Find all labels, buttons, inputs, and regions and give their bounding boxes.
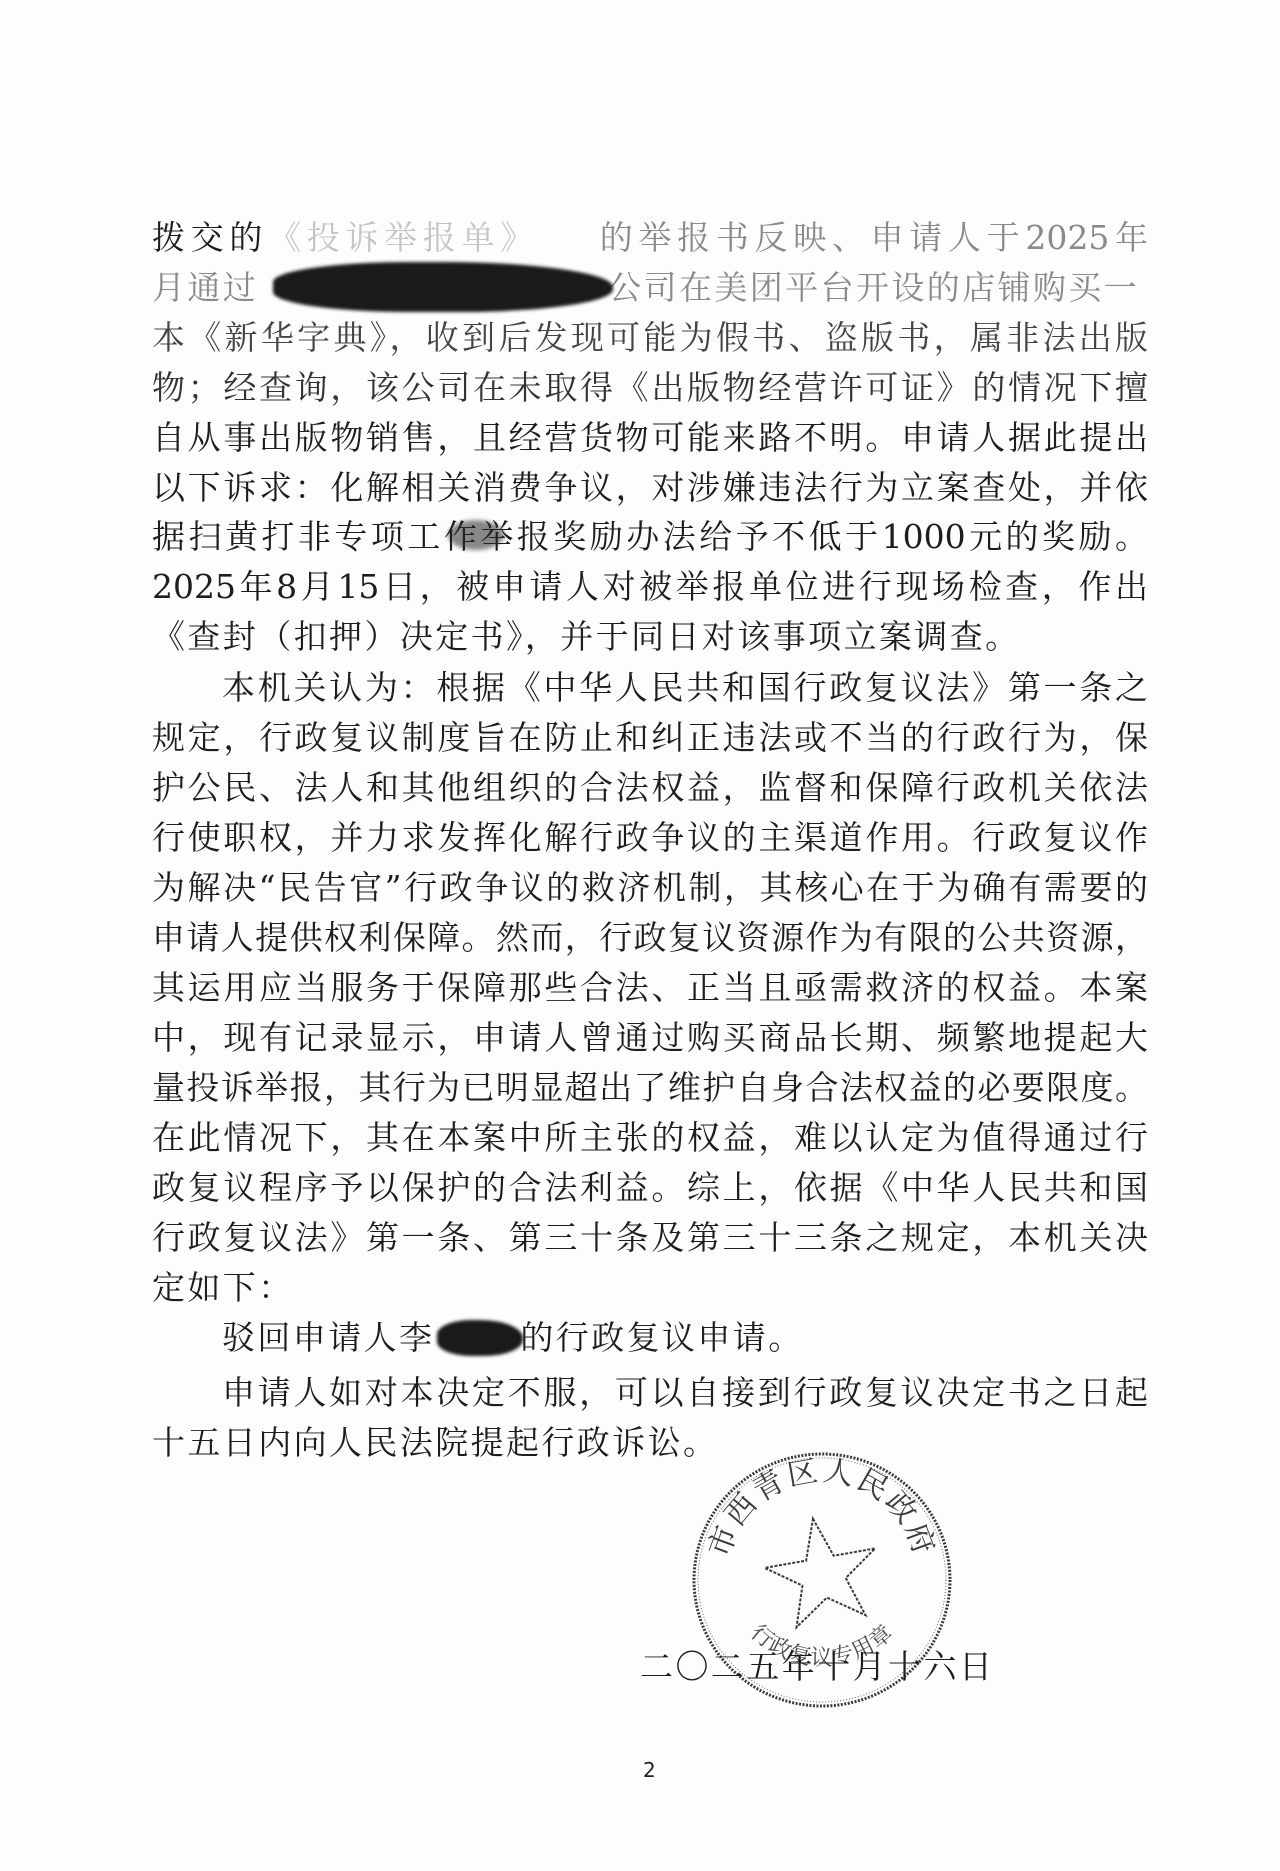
svg-text:市西青区人民政府: 市西青区人民政府 xyxy=(702,1453,942,1561)
body-line-19: 在此情况下，其在本案中所主张的权益，难以认定为值得通过行 xyxy=(152,1116,1148,1160)
body-line-17: 中，现有记录显示，申请人曾通过购买商品长期、频繁地提起大 xyxy=(152,1016,1148,1060)
body-line-8: 2025年8月15日，被申请人对被举报单位进行现场检查，作出 xyxy=(152,565,1148,609)
body-line-21: 行政复议法》第一条、第三十条及第三十三条之规定，本机关决 xyxy=(152,1216,1148,1260)
decision-line: 驳回申请人李的行政复议申请。 xyxy=(222,1316,1148,1360)
body-line-1: 拨交的《投诉举报单》 的举报书反映、申请人于2025年 xyxy=(152,216,1148,260)
body-line-20: 政复议程序予以保护的合法利益。综上，依据《中华人民共和国 xyxy=(152,1166,1148,1210)
body-line-6: 以下诉求：化解相关消费争议，对涉嫌违法行为立案查处，并依 xyxy=(152,466,1148,510)
body-line-18: 量投诉举报，其行为已明显超出了维护自身合法权益的必要限度。 xyxy=(152,1066,1148,1110)
body-line-16: 其运用应当服务于保障那些合法、正当且亟需救济的权益。本案 xyxy=(152,966,1148,1010)
body-line-3: 本《新华字典》，收到后发现可能为假书、盗版书，属非法出版 xyxy=(152,316,1148,360)
body-line-24: 申请人如对本决定不服，可以自接到行政复议决定书之日起 xyxy=(222,1371,1148,1415)
ink-smudge xyxy=(448,520,504,550)
decision-date: 二〇二五年十月十六日 xyxy=(640,1645,992,1689)
line-1-gap xyxy=(522,218,599,257)
body-line-22: 定如下： xyxy=(152,1266,1148,1310)
redaction-mark-company xyxy=(273,262,613,312)
body-line-15: 申请人提供权利保障。然而，行政复议资源作为有限的公共资源， xyxy=(152,916,1148,960)
body-line-11: 规定，行政复议制度旨在防止和纠正违法或不当的行政行为，保 xyxy=(152,716,1148,760)
body-line-5: 自从事出版物销售，且经营货物可能来路不明。申请人据此提出 xyxy=(152,416,1148,460)
seal-top-text: 市西青区人民政府 xyxy=(702,1453,942,1561)
line-1-post: 的举报书反映、申请人于2025年 xyxy=(600,218,1148,257)
body-line-25: 十五日内向人民法院提起行政诉讼。 xyxy=(152,1421,1148,1465)
decision-post: 的行政复议申请。 xyxy=(520,1318,803,1357)
body-line-13: 行使职权，并力求发挥化解行政争议的主渠道作用。行政复议作 xyxy=(152,816,1148,860)
body-line-9: 《查封（扣押）决定书》，并于同日对该事项立案调查。 xyxy=(152,615,1148,659)
body-line-10: 本机关认为：根据《中华人民共和国行政复议法》第一条之 xyxy=(222,666,1148,710)
line-2-pre: 月通过 xyxy=(152,268,258,307)
line-1-faded-title: 《投诉举报单》 xyxy=(268,218,522,257)
body-line-14: 为解决“民告官”行政争议的救济机制，其核心在于为确有需要的 xyxy=(152,866,1148,910)
body-line-7: 据扫黄打非专项工作举报奖励办法给予不低于1000元的奖励。 xyxy=(152,515,1148,559)
line-1-pre: 拨交的 xyxy=(152,218,268,257)
body-line-12: 护公民、法人和其他组织的合法权益，监督和保障行政机关依法 xyxy=(152,766,1148,810)
body-line-4: 物；经查询，该公司在未取得《出版物经营许可证》的情况下擅 xyxy=(152,366,1148,410)
decision-pre: 驳回申请人李 xyxy=(222,1318,434,1357)
redaction-mark-name xyxy=(437,1320,523,1356)
page-number: 2 xyxy=(643,1758,656,1782)
line-2-post: 公司在美团平台开设的店铺购买一 xyxy=(608,268,1139,307)
star-icon xyxy=(758,1509,886,1631)
document-page: 拨交的《投诉举报单》 的举报书反映、申请人于2025年 月通过公司在美团平台开设… xyxy=(0,0,1280,1871)
